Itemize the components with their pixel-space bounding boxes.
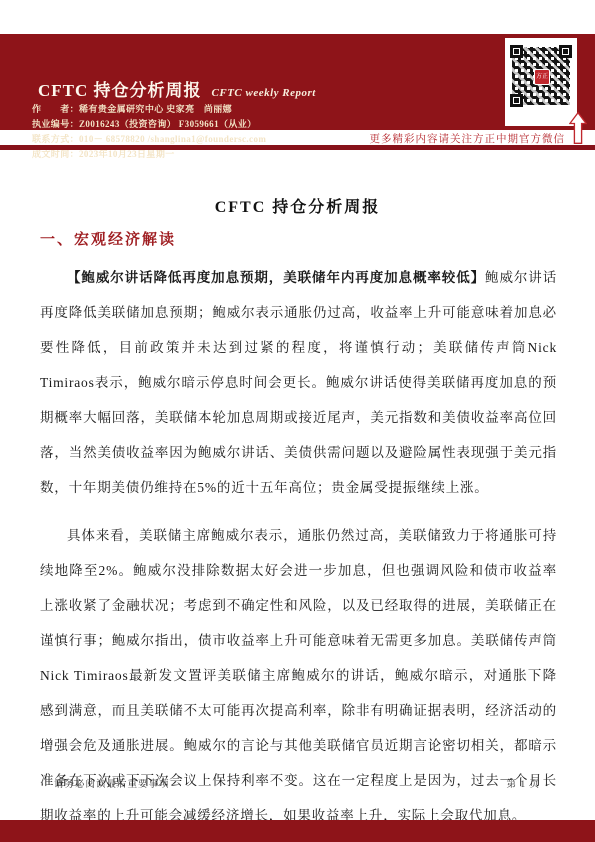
qr-finder-bottom-left xyxy=(510,94,523,107)
qr-center-logo: 方正 xyxy=(534,69,550,85)
section-heading-macro: 一、宏观经济解读 xyxy=(40,228,176,249)
meta-license-label: 执业编号： xyxy=(32,119,79,129)
masthead-title-en: CFTC weekly Report xyxy=(212,87,316,99)
footer-page-number: 第 1 页 xyxy=(506,776,540,790)
meta-date-label: 成文时间： xyxy=(32,149,79,159)
meta-license-value: Z0016243（投资咨询） F3059661（从业） xyxy=(79,119,257,129)
qr-code-icon: 方正 xyxy=(510,45,572,107)
report-page: CFTC 持仓分析周报CFTC weekly Report 作 者：稀有贵金属研… xyxy=(0,0,595,842)
up-arrow-icon xyxy=(569,110,587,146)
qr-finder-top-left xyxy=(510,45,523,58)
paragraph-1-bold-lead: 【鲍威尔讲话降低再度加息预期，美联储年内再度加息概率较低】 xyxy=(67,270,485,285)
report-masthead: CFTC 持仓分析周报CFTC weekly Report xyxy=(38,76,316,101)
meta-author-label: 作 者： xyxy=(32,104,79,114)
paragraph-1: 【鲍威尔讲话降低再度加息预期，美联储年内再度加息概率较低】鲍威尔讲话再度降低美联… xyxy=(40,260,557,505)
meta-author-value: 稀有贵金属研究中心 史家亮 尚丽娜 xyxy=(79,104,232,114)
wechat-qr-container: 方正 xyxy=(505,38,577,126)
qr-finder-top-right xyxy=(559,45,572,58)
meta-license-row: 执业编号：Z0016243（投资咨询） F3059661（从业） xyxy=(32,117,266,132)
report-meta: 作 者：稀有贵金属研究中心 史家亮 尚丽娜 执业编号：Z0016243（投资咨询… xyxy=(32,102,266,162)
meta-contact-label: 联系方式： xyxy=(32,134,79,144)
footer-band xyxy=(0,820,595,842)
masthead-title-cn: CFTC 持仓分析周报 xyxy=(38,81,202,100)
meta-date-value: 2023年10月23日星期一 xyxy=(79,149,175,159)
document-body: 【鲍威尔讲话降低再度加息预期，美联储年内再度加息概率较低】鲍威尔讲话再度降低美联… xyxy=(40,260,557,842)
header-divider-rule xyxy=(0,145,595,150)
meta-contact-value: 010－ 68578820 /shanglina1@foundersc.com xyxy=(79,134,266,144)
meta-author-row: 作 者：稀有贵金属研究中心 史家亮 尚丽娜 xyxy=(32,102,266,117)
wechat-follow-note: 更多精彩内容请关注方正中期官方微信 xyxy=(370,131,566,146)
document-title: CFTC 持仓分析周报 xyxy=(0,194,595,217)
paragraph-1-text: 鲍威尔讲话再度降低美联储加息预期；鲍威尔表示通胀仍过高，收益率上升可能意味着加息… xyxy=(40,270,557,495)
footer-disclaimer: 请务必阅读最后重要事项 xyxy=(54,776,170,790)
